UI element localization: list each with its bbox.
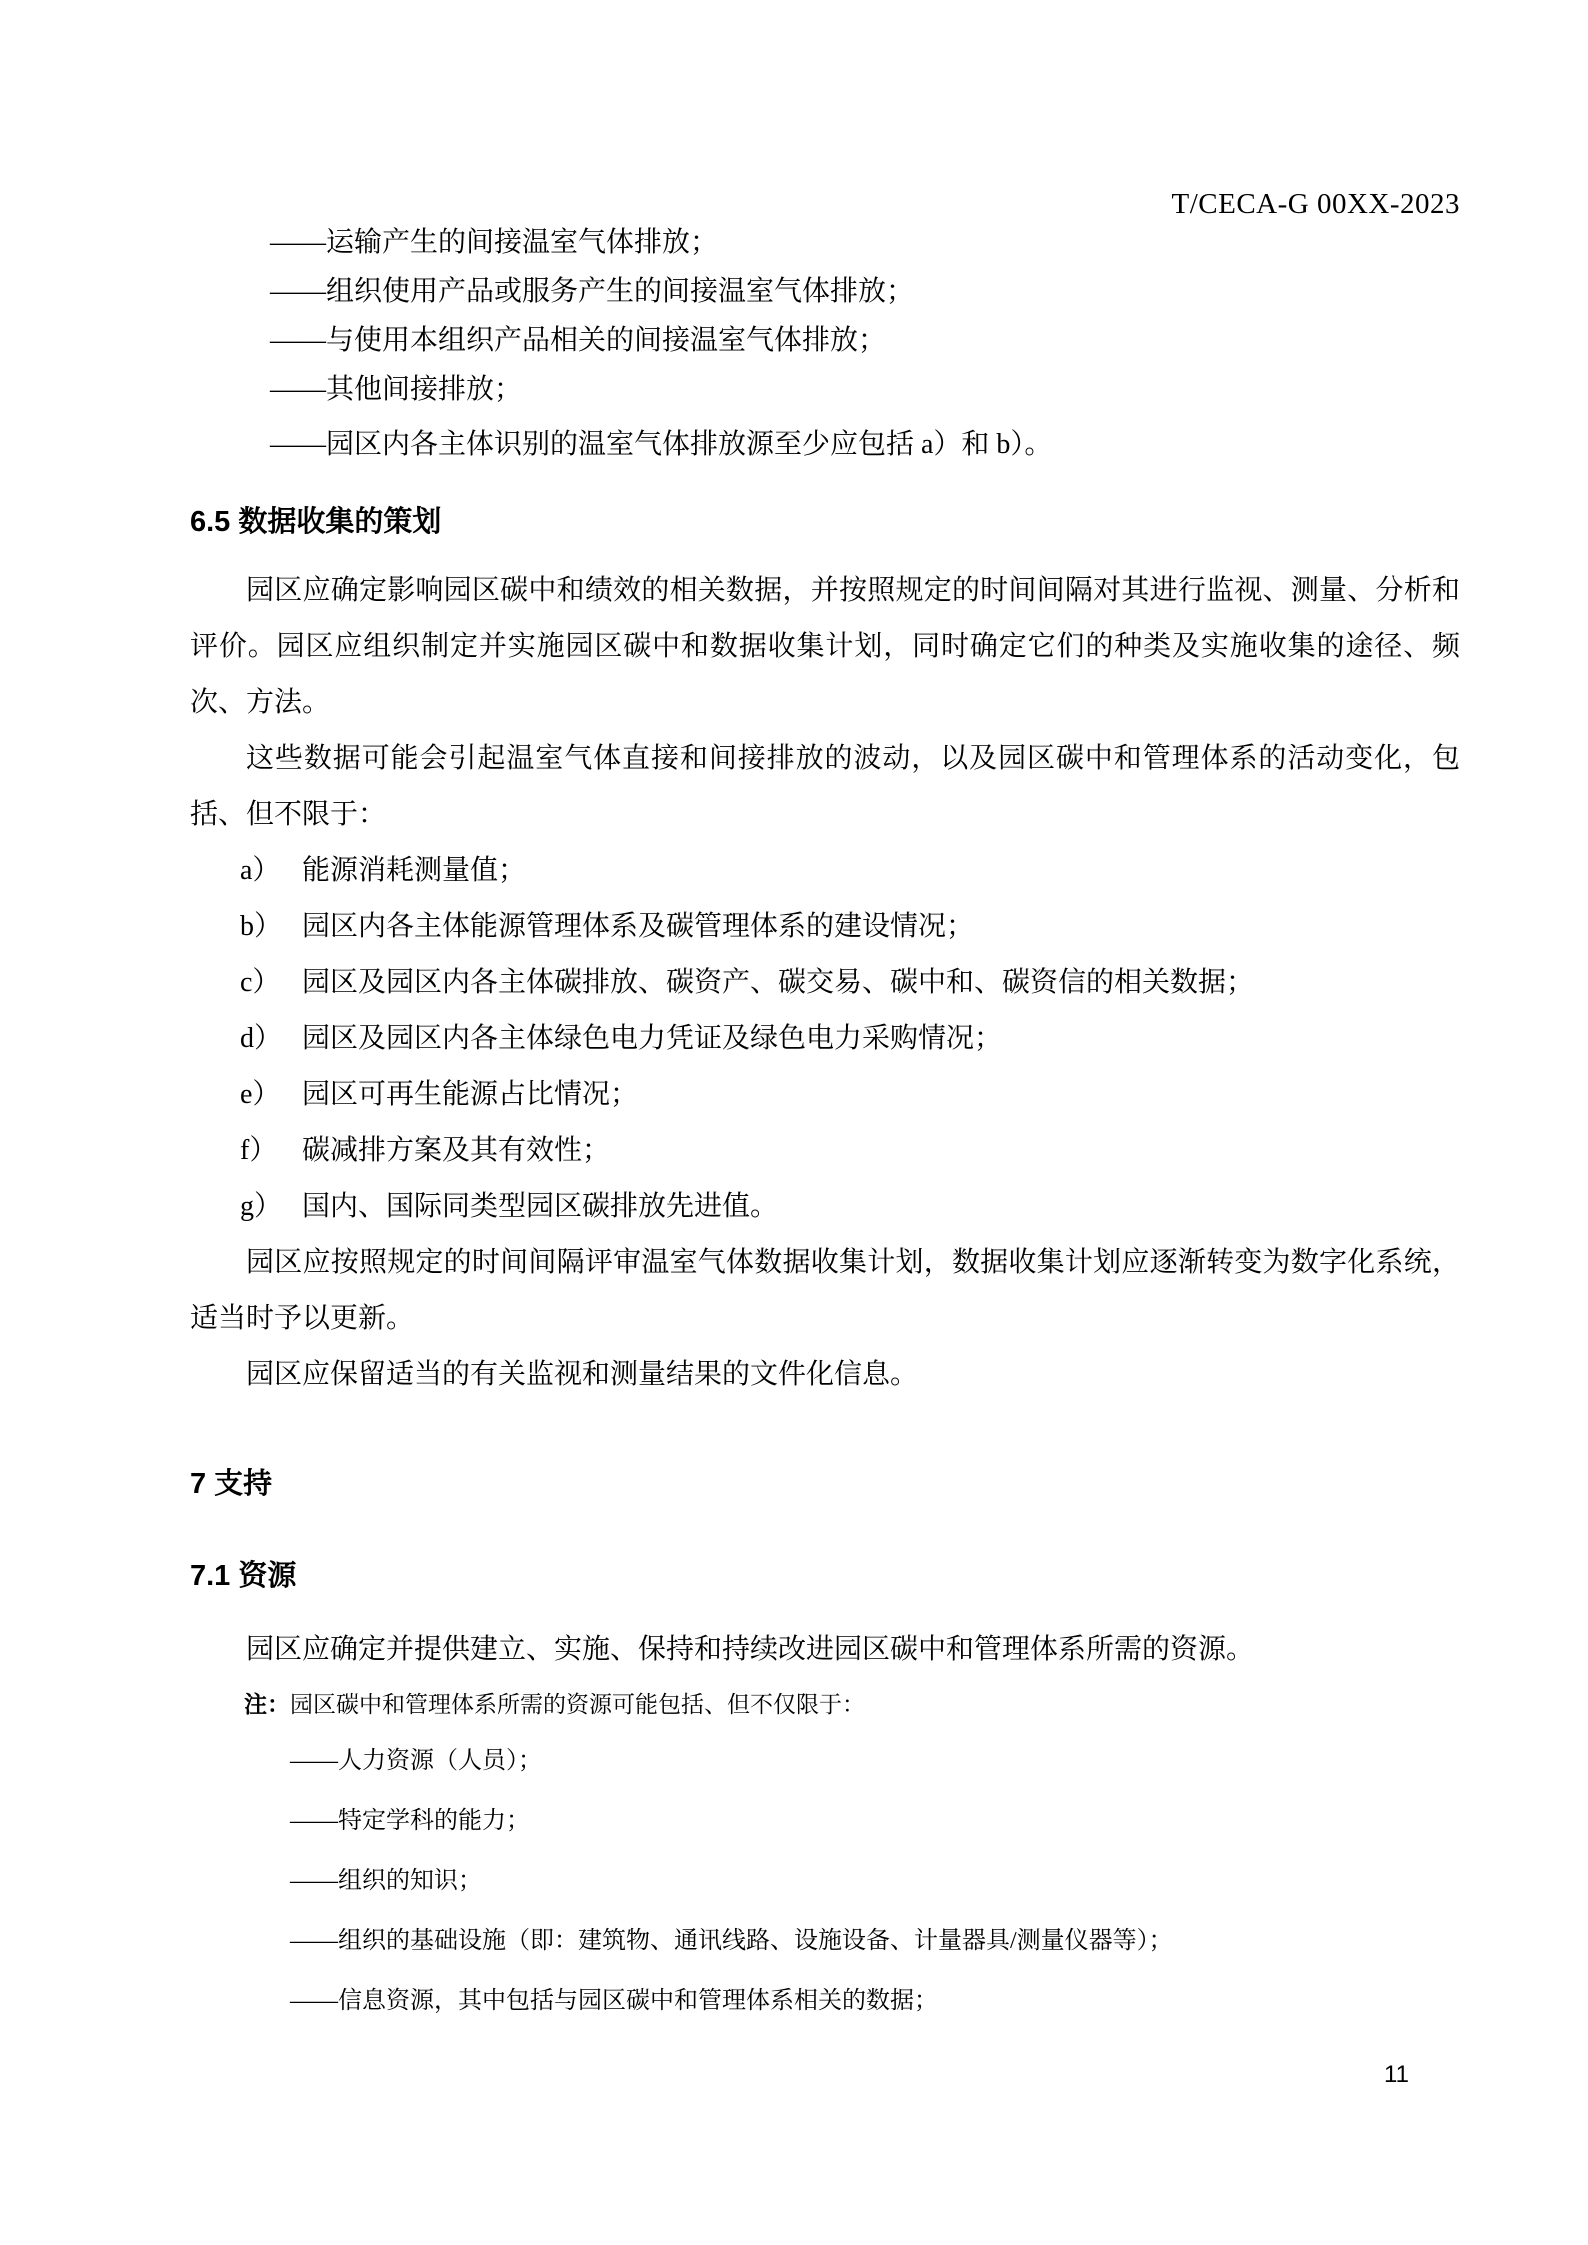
page-content: T/CECA-G 00XX-2023 ——运输产生的间接温室气体排放； ——组织… <box>190 0 1460 2031</box>
item-label: g） <box>240 1179 302 1235</box>
page-header: T/CECA-G 00XX-2023 <box>190 190 1460 218</box>
paragraph-data-fluctuation: 这些数据可能会引起温室气体直接和间接排放的波动，以及园区碳中和管理体系的活动变化… <box>190 731 1460 843</box>
dash-list-item: ——组织使用产品或服务产生的间接温室气体排放； <box>190 267 1460 316</box>
data-types-letter-list: a）能源消耗测量值； b）园区内各主体能源管理体系及碳管理体系的建设情况； c）… <box>190 843 1460 1235</box>
note-dash-item: ——组织的基础设施（即：建筑物、通讯线路、设施设备、计量器具/测量仪器等）； <box>190 1911 1460 1971</box>
note-dash-item: ——组织的知识； <box>190 1851 1460 1911</box>
document-page: T/CECA-G 00XX-2023 ——运输产生的间接温室气体排放； ——组织… <box>0 0 1588 2245</box>
paragraph-plan-review: 园区应按照规定的时间间隔评审温室气体数据收集计划，数据收集计划应逐渐转变为数字化… <box>190 1235 1460 1347</box>
item-label: b） <box>240 899 302 955</box>
note-dash-item: ——信息资源，其中包括与园区碳中和管理体系相关的数据； <box>190 1971 1460 2031</box>
dash-list-item: ——与使用本组织产品相关的间接温室气体排放； <box>190 316 1460 365</box>
item-label: a） <box>240 843 302 899</box>
item-text: 园区可再生能源占比情况； <box>302 1079 638 1110</box>
section-heading-7-1: 7.1 资源 <box>190 1559 1460 1593</box>
section-heading-7: 7 支持 <box>190 1467 1460 1501</box>
letter-list-item: e）园区可再生能源占比情况； <box>240 1067 1460 1123</box>
resource-types-list: ——人力资源（人员）； ——特定学科的能力； ——组织的知识； ——组织的基础设… <box>190 1731 1460 2031</box>
item-label: d） <box>240 1011 302 1067</box>
letter-list-item: f）碳减排方案及其有效性； <box>240 1123 1460 1179</box>
letter-list-item: c）园区及园区内各主体碳排放、碳资产、碳交易、碳中和、碳资信的相关数据； <box>240 955 1460 1011</box>
note-line: 注：园区碳中和管理体系所需的资源可能包括、但不仅限于： <box>190 1678 1460 1731</box>
item-text: 园区及园区内各主体碳排放、碳资产、碳交易、碳中和、碳资信的相关数据； <box>302 967 1254 998</box>
note-dash-item: ——特定学科的能力； <box>190 1791 1460 1851</box>
item-text: 碳减排方案及其有效性； <box>302 1135 610 1166</box>
item-label: e） <box>240 1067 302 1123</box>
dash-list-item: ——其他间接排放； <box>190 365 1460 414</box>
note-label: 注： <box>244 1691 290 1717</box>
section-heading-6-5: 6.5 数据收集的策划 <box>190 505 1460 539</box>
item-text: 园区及园区内各主体绿色电力凭证及绿色电力采购情况； <box>302 1023 1002 1054</box>
letter-list-item: b）园区内各主体能源管理体系及碳管理体系的建设情况； <box>240 899 1460 955</box>
item-label: f） <box>240 1123 302 1179</box>
document-code: T/CECA-G 00XX-2023 <box>1171 188 1460 220</box>
item-text: 国内、国际同类型园区碳排放先进值。 <box>302 1191 778 1222</box>
note-dash-item: ——人力资源（人员）； <box>190 1731 1460 1791</box>
dash-list-item: ——运输产生的间接温室气体排放； <box>190 218 1460 267</box>
paragraph-documented-info: 园区应保留适当的有关监视和测量结果的文件化信息。 <box>190 1347 1460 1403</box>
item-text: 能源消耗测量值； <box>302 855 526 886</box>
dash-list-item: ——园区内各主体识别的温室气体排放源至少应包括 a）和 b）。 <box>190 420 1460 469</box>
letter-list-item: g）国内、国际同类型园区碳排放先进值。 <box>240 1179 1460 1235</box>
item-label: c） <box>240 955 302 1011</box>
ghg-indirect-emissions-list: ——运输产生的间接温室气体排放； ——组织使用产品或服务产生的间接温室气体排放；… <box>190 218 1460 469</box>
letter-list-item: d）园区及园区内各主体绿色电力凭证及绿色电力采购情况； <box>240 1011 1460 1067</box>
paragraph-data-determination: 园区应确定影响园区碳中和绩效的相关数据，并按照规定的时间间隔对其进行监视、测量、… <box>190 563 1460 731</box>
item-text: 园区内各主体能源管理体系及碳管理体系的建设情况； <box>302 911 974 942</box>
note-text: 园区碳中和管理体系所需的资源可能包括、但不仅限于： <box>290 1692 865 1717</box>
page-number: 11 <box>1384 2061 1428 2089</box>
letter-list-item: a）能源消耗测量值； <box>240 843 1460 899</box>
paragraph-resources: 园区应确定并提供建立、实施、保持和持续改进园区碳中和管理体系所需的资源。 <box>190 1622 1460 1678</box>
